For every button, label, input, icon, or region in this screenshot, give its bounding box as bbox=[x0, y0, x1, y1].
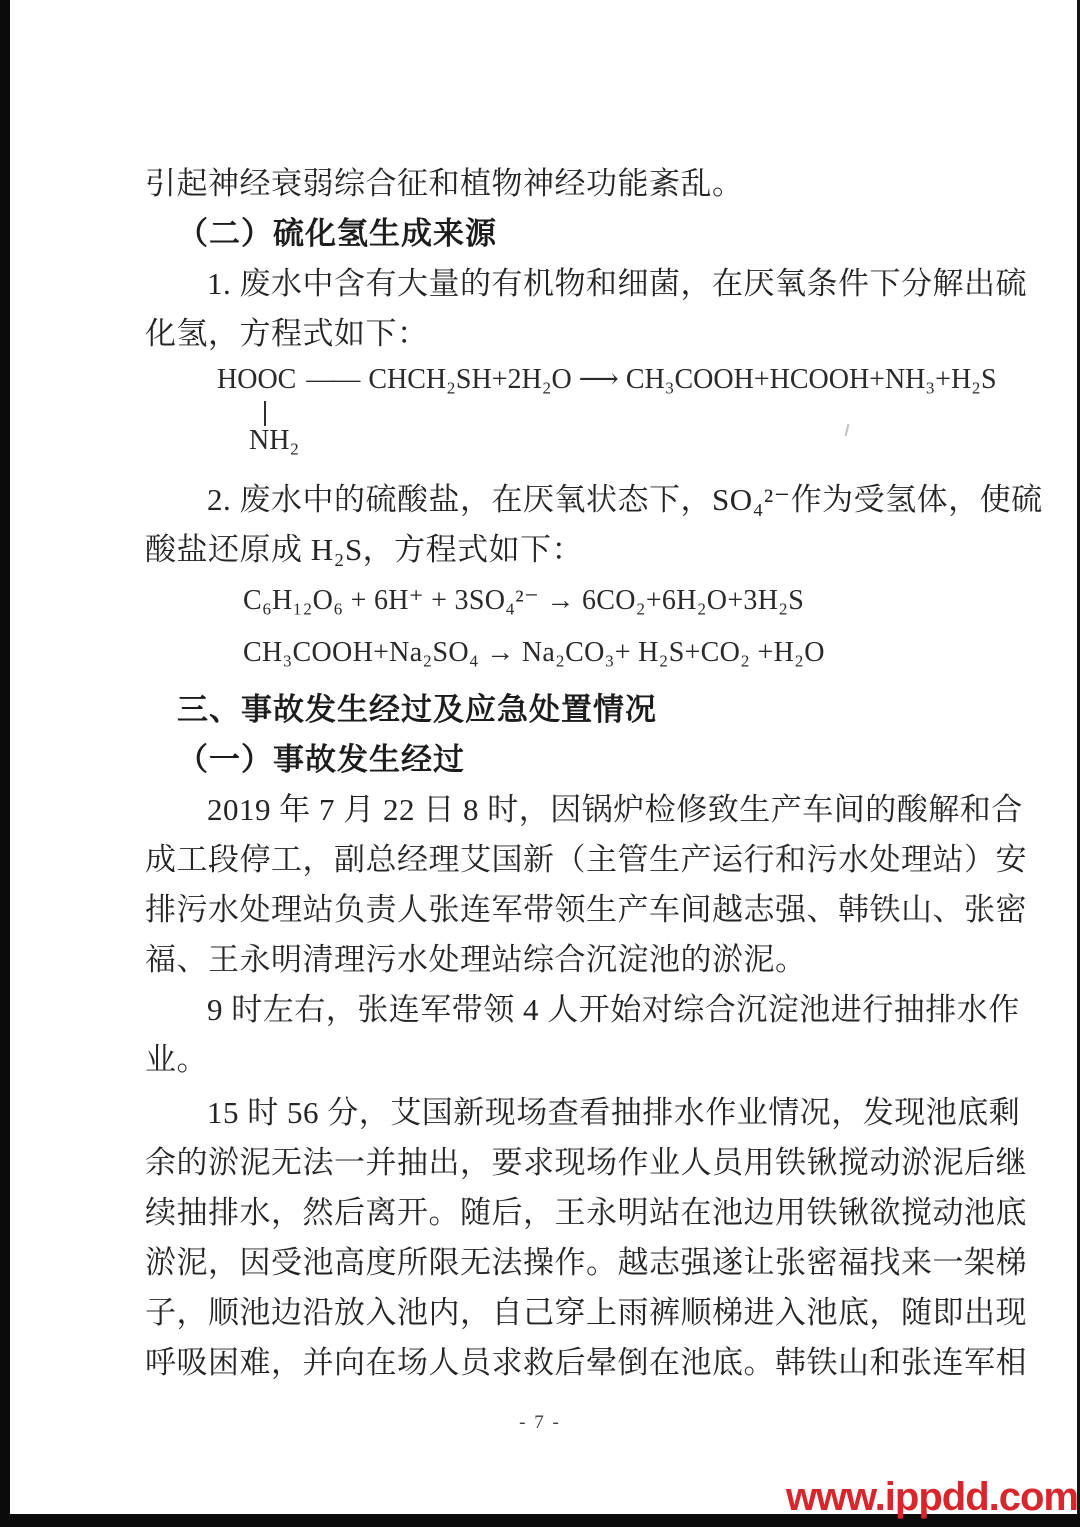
section-heading: 三、事故发生经过及应急处置情况 bbox=[145, 685, 980, 735]
text-line: 2. 废水中的硫酸盐，在厌氧状态下，SO₄²⁻作为受氢体，使硫 bbox=[145, 475, 980, 525]
text-line: 排污水处理站负责人张连军带领生产车间越志强、韩铁山、张密 bbox=[145, 885, 980, 935]
text-line: 业。 bbox=[145, 1035, 980, 1085]
text-line: 15 时 56 分，艾国新现场查看抽排水作业情况，发现池底剩 bbox=[145, 1088, 980, 1138]
bond-vertical-line bbox=[264, 401, 266, 426]
chemical-equation: C₆H₁₂O₆ + 6H⁺ + 3SO₄²⁻ → 6CO₂+6H₂O+3H₂S bbox=[145, 575, 980, 627]
chemical-equation: CH₃COOH+Na₂SO₄ → Na₂CO₃+ H₂S+CO₂ +H₂O bbox=[145, 627, 980, 679]
text-line: 余的淤泥无法一并抽出，要求现场作业人员用铁锹搅动淤泥后继 bbox=[145, 1138, 980, 1188]
text-line: 1. 废水中含有大量的有机物和细菌，在厌氧条件下分解出硫 bbox=[145, 259, 980, 309]
formula-fragment: HOOC bbox=[217, 364, 296, 395]
text-line: 酸盐还原成 H₂S，方程式如下： bbox=[145, 525, 980, 575]
text-line: 呼吸困难，并向在场人员求救后晕倒在池底。韩铁山和张连军相 bbox=[145, 1338, 980, 1388]
section-heading: （二）硫化氢生成来源 bbox=[145, 209, 980, 259]
text-line: 引起神经衰弱综合征和植物神经功能紊乱。 bbox=[145, 159, 980, 209]
text-line: 淤泥，因受池高度所限无法操作。越志强遂让张密福找来一架梯 bbox=[145, 1238, 980, 1288]
text-line: 福、王永明清理污水处理站综合沉淀池的淤泥。 bbox=[145, 935, 980, 985]
text-line: 化氢，方程式如下： bbox=[145, 309, 980, 359]
formula-fragment: CHCH₂SH+2H₂O ⟶ CH₃COOH+HCOOH+NH₃+H₂S bbox=[368, 364, 996, 395]
section-heading: （一）事故发生经过 bbox=[145, 735, 980, 785]
chemical-structure: HOOC——CHCH₂SH+2H₂O ⟶ CH₃COOH+HCOOH+NH₃+H… bbox=[145, 359, 980, 475]
text-line: 续抽排水，然后离开。随后，王永明站在池边用铁锹欲搅动池底 bbox=[145, 1188, 980, 1238]
text-line: 子，顺池边沿放入池内，自己穿上雨裤顺梯进入池底，随即出现 bbox=[145, 1288, 980, 1338]
text-line: 成工段停工，副总经理艾国新（主管生产运行和污水处理站）安 bbox=[145, 835, 980, 885]
text-line: 9 时左右，张连军带领 4 人开始对综合沉淀池进行抽排水作 bbox=[145, 985, 980, 1035]
formula-main-line: HOOC——CHCH₂SH+2H₂O ⟶ CH₃COOH+HCOOH+NH₃+H… bbox=[217, 361, 997, 399]
text-line: 2019 年 7 月 22 日 8 时，因锅炉检修致生产车间的酸解和合 bbox=[145, 785, 980, 835]
page-number: - 7 - bbox=[0, 1412, 1080, 1434]
bond-line: —— bbox=[296, 364, 368, 395]
document-content: 引起神经衰弱综合征和植物神经功能紊乱。（二）硫化氢生成来源1. 废水中含有大量的… bbox=[145, 159, 980, 1388]
scan-border-left bbox=[0, 0, 10, 1527]
document-page: 引起神经衰弱综合征和植物神经功能紊乱。（二）硫化氢生成来源1. 废水中含有大量的… bbox=[0, 0, 1080, 1527]
formula-substituent: NH₂ bbox=[249, 425, 299, 457]
watermark: www.ippdd.com bbox=[786, 1475, 1078, 1520]
